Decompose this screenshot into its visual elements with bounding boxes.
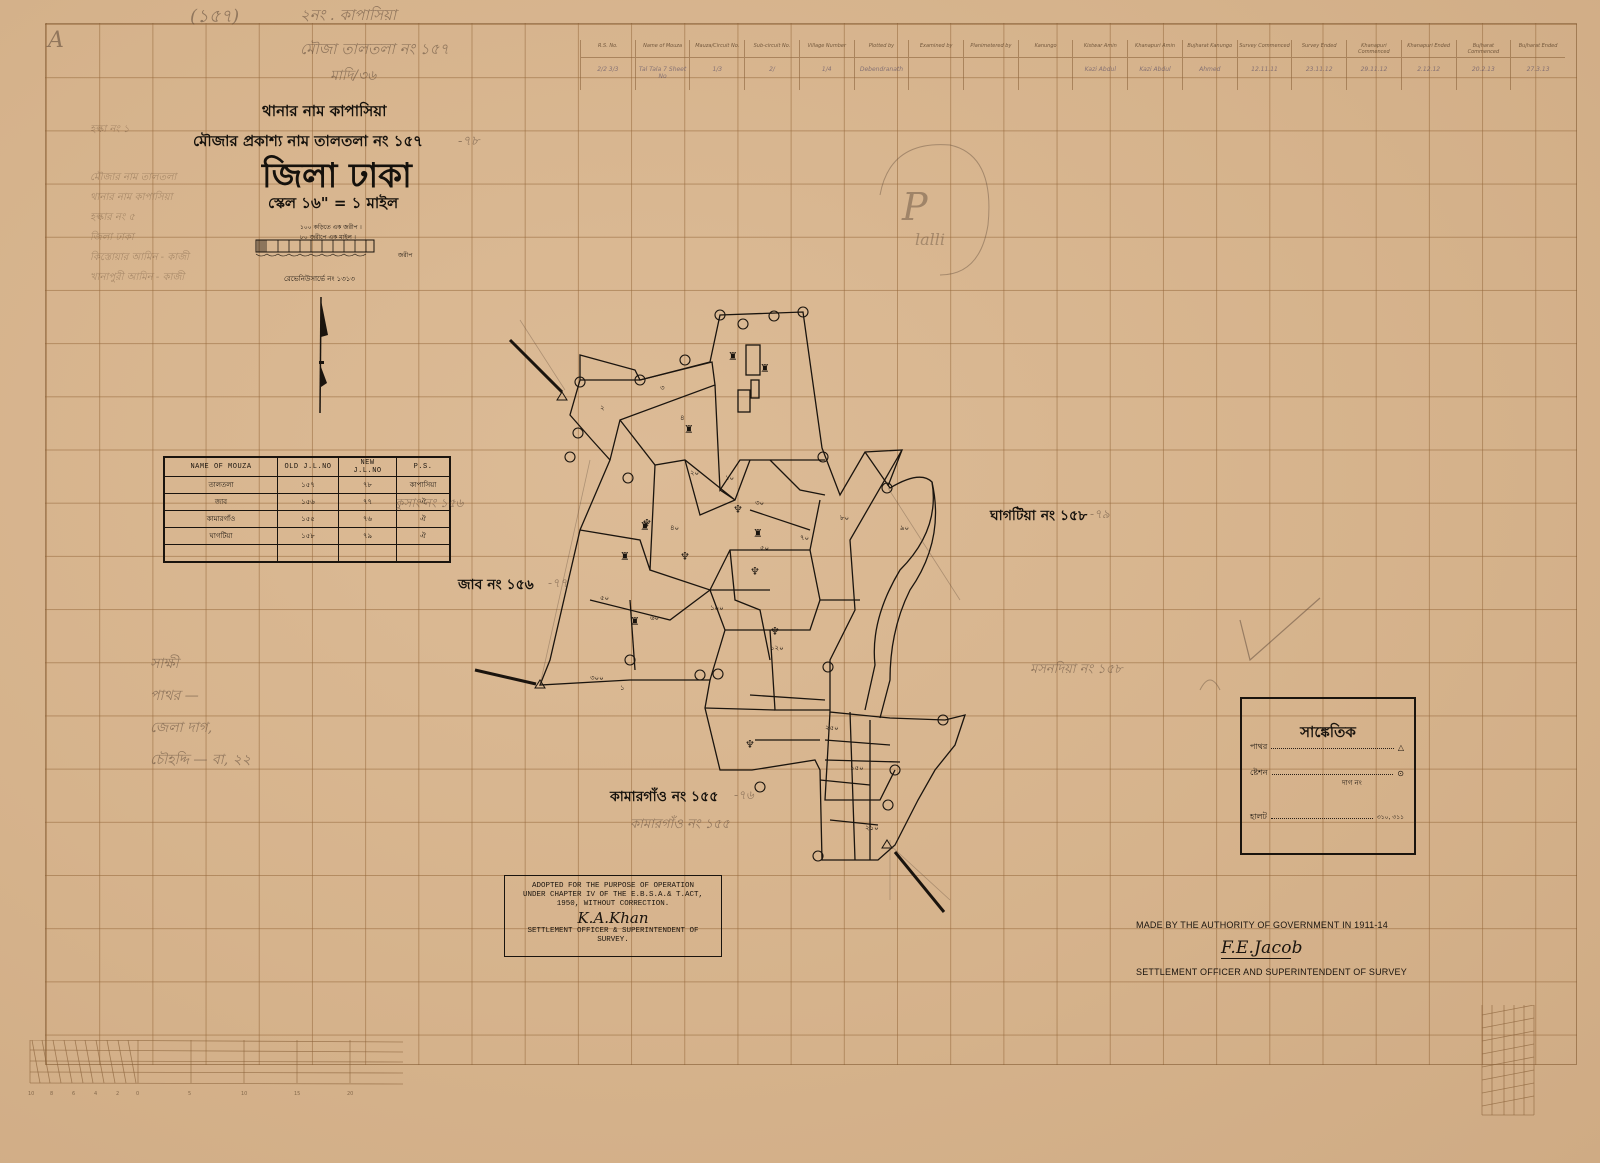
svg-text:♆: ♆ [642, 517, 652, 530]
pencil-note: চৌহদ্দি — বা, ২২ [150, 744, 251, 776]
svg-text:♜: ♜ [630, 615, 640, 628]
register-column: R.S. No.2/2 3/3 [580, 40, 635, 90]
old-jl-cell: ১৫৭ [278, 477, 339, 494]
legend-label: পাথর [1250, 741, 1267, 754]
legend-label: ষ্টেশন [1250, 767, 1268, 780]
svg-text:4: 4 [94, 1091, 97, 1097]
svg-text:৪: ৪ [680, 414, 685, 422]
svg-text:৩০: ৩০ [755, 499, 764, 507]
column-header: OLD J.L.NO [278, 457, 339, 477]
handwritten-line-1: ২নং . কাপাসিয়া [300, 4, 396, 29]
svg-text:১০০: ১০০ [710, 604, 724, 612]
register-value: 2.12.12 [1402, 58, 1456, 73]
register-column: Khanapuri Commenced29.11.12 [1346, 40, 1401, 90]
svg-text:♜: ♜ [753, 527, 763, 540]
register-value: Tal Tala 7 Sheet No [636, 58, 690, 80]
register-header: Planimetered by [964, 40, 1018, 58]
register-column: Examined by [908, 40, 963, 90]
mouza-name-cell: কামারগাঁও [164, 511, 278, 528]
register-column: Name of MouzaTal Tala 7 Sheet No [635, 40, 690, 90]
scale-bar-label: জরীপ [398, 250, 412, 261]
boundary-label-south: কামারগাঁও নং ১৫৫ [610, 785, 718, 809]
register-header: Sub-circuit No. [745, 40, 799, 58]
stamp-signature: K.A.Khan [505, 909, 721, 927]
sheet-number: (১৫৭) [190, 2, 239, 33]
pencil-note: মৌজার নাম তালতলা [90, 168, 189, 188]
legend-sublabel: দাগ নং [1342, 777, 1362, 789]
register-column: Plotted byDebendranath [854, 40, 909, 90]
register-header: Kistwar Amin [1073, 40, 1127, 58]
svg-text:♜: ♜ [728, 350, 738, 363]
legend-value: ৩১০, ৩১১ [1377, 812, 1404, 823]
register-value: 12.11.11 [1238, 58, 1292, 73]
register-header: Kanungo [1019, 40, 1073, 58]
svg-text:P: P [901, 185, 929, 229]
register-header: Bujharat Kanungo [1183, 40, 1237, 58]
svg-text:8: 8 [50, 1091, 53, 1097]
diagonal-scale: 10864205101520 [28, 1040, 408, 1100]
register-header: Bujharat Ended [1511, 40, 1565, 58]
legend-row-halot: হালট ৩১০, ৩১১ [1250, 811, 1404, 824]
pencil-note: থানার নাম কাপাসিয়া [90, 188, 189, 208]
stamp-line: ADOPTED FOR THE PURPOSE OF OPERATION [505, 882, 721, 891]
svg-text:৫০: ৫০ [760, 544, 769, 552]
register-value: 1/3 [690, 58, 744, 73]
svg-text:♆: ♆ [750, 565, 760, 578]
svg-text:15: 15 [294, 1091, 300, 1097]
register-column: Survey Commenced12.11.11 [1237, 40, 1292, 90]
svg-text:2: 2 [116, 1091, 119, 1097]
svg-text:৩০০: ৩০০ [590, 674, 604, 682]
legend-box: সাঙ্কেতিক পাথর △ ষ্টেশন ⊙ দাগ নং হালট ৩১… [1240, 697, 1416, 855]
svg-text:২১০: ২১০ [865, 824, 879, 832]
svg-text:৪০: ৪০ [670, 524, 679, 532]
pencil-label-south: কামারগাঁও নং ১৫৫ [630, 815, 730, 836]
column-header: NEW J.L.NO [339, 457, 397, 477]
svg-text:♜: ♜ [760, 362, 770, 375]
svg-text:♆: ♆ [770, 625, 780, 638]
handwritten-line-2: মৌজা তালতলা নং ১৫৭ [300, 38, 449, 63]
scale-bar [252, 236, 412, 266]
scale-text: স্কেল ১৬" = ১ মাইল [268, 192, 398, 217]
boundary-label-west: জাব নং ১৫৬ [458, 573, 534, 597]
register-header: Khanapuri Ended [1402, 40, 1456, 58]
svg-text:৭০: ৭০ [800, 534, 809, 542]
stamp-line: 1950, WITHOUT CORRECTION. [505, 900, 721, 909]
pencil-note: কিস্তোয়ার আমিন - কাজী [90, 248, 189, 268]
register-column: Planimetered by [963, 40, 1018, 90]
diagonal-scale-right [1480, 1005, 1540, 1125]
register-value: 2/ [745, 58, 799, 73]
svg-text:১০: ১০ [725, 474, 734, 482]
svg-text:♜: ♜ [620, 550, 630, 563]
old-jl-cell: ১৫৮ [278, 528, 339, 545]
register-value: Kazi Abdul [1128, 58, 1182, 73]
register-header: R.S. No. [581, 40, 635, 58]
register-header: Mauza/Circuit No. [690, 40, 744, 58]
register-header: Plotted by [855, 40, 909, 58]
mouza-name-cell: ঘাগটিয়া [164, 528, 278, 545]
register-value: Kazi Abdul [1073, 58, 1127, 73]
new-jl-cell: ৭৬ [339, 511, 397, 528]
register-value: 1/4 [800, 58, 854, 73]
ps-cell: ঐ [397, 528, 451, 545]
stamp-line: UNDER CHAPTER IV OF THE E.B.S.A.& T.ACT, [505, 891, 721, 900]
svg-text:♆: ♆ [745, 738, 755, 751]
register-value: Ahmed [1183, 58, 1237, 73]
register-header: Khanapuri Commenced [1347, 40, 1401, 58]
ps-cell: কাপাসিয়া [397, 477, 451, 494]
register-column: Khanapuri AminKazi Abdul [1127, 40, 1182, 90]
register-value [909, 58, 963, 66]
svg-text:20: 20 [347, 1091, 353, 1097]
authority-signature: F.E.Jacob [1221, 938, 1291, 959]
svg-text:♆: ♆ [680, 550, 690, 563]
pencil-sketch: P lalli [860, 135, 1000, 285]
thana-name: থানার নাম কাপাসিয়া [262, 100, 386, 125]
table-row: তালতলা১৫৭৭৮কাপাসিয়া [164, 477, 450, 494]
boundary-suffix-east: -৭৯ [1090, 506, 1110, 526]
pencil-note: পাথর — [150, 680, 251, 712]
legend-row-pillar: পাথর △ [1250, 741, 1404, 754]
svg-text:♜: ♜ [684, 423, 694, 436]
register-strip: R.S. No.2/2 3/3Name of MouzaTal Tala 7 S… [580, 40, 1565, 90]
pencil-check-mark [1180, 590, 1330, 710]
svg-text:৩: ৩ [660, 384, 665, 392]
legend-label: হালট [1250, 811, 1267, 824]
adoption-stamp: ADOPTED FOR THE PURPOSE OF OPERATION UND… [504, 875, 722, 957]
svg-text:১: ১ [620, 684, 625, 692]
svg-text:৫০: ৫০ [600, 594, 609, 602]
corner-mark: A [48, 28, 64, 53]
register-value [964, 58, 1018, 66]
svg-text:২৫০: ২৫০ [825, 724, 839, 732]
authority-line: MADE BY THE AUTHORITY OF GOVERNMENT IN 1… [1136, 920, 1407, 930]
svg-text:১২০: ১২০ [770, 644, 784, 652]
new-jl-cell: ৭৮ [339, 477, 397, 494]
register-column: Village Number1/4 [799, 40, 854, 90]
mouza-name-cell: তালতলা [164, 477, 278, 494]
register-header: Name of Mouza [636, 40, 690, 58]
new-jl-cell: ৭৭ [339, 494, 397, 511]
svg-text:১৫০: ১৫০ [850, 764, 864, 772]
register-value: 29.11.12 [1347, 58, 1401, 73]
svg-text:২: ২ [600, 404, 605, 412]
mouza-name-cell: জাব [164, 494, 278, 511]
svg-text:10: 10 [241, 1091, 247, 1097]
svg-text:5: 5 [188, 1091, 191, 1097]
boundary-suffix-south: -৭৬ [734, 787, 754, 807]
pencil-note: হল্কার নং ৫ [90, 208, 189, 228]
register-value: Debendranath [855, 58, 909, 73]
north-arrow-icon [310, 295, 335, 415]
authority-block: MADE BY THE AUTHORITY OF GOVERNMENT IN 1… [1136, 920, 1407, 977]
register-column: Sub-circuit No.2/ [744, 40, 799, 90]
register-header: Survey Ended [1292, 40, 1346, 58]
pencil-note: জেলা দাগ, [150, 712, 251, 744]
authority-line: SETTLEMENT OFFICER AND SUPERINTENDENT OF… [1136, 967, 1407, 977]
column-header: P.S. [397, 457, 451, 477]
mouza-suffix: -৭৮ [458, 132, 479, 153]
register-header: Khanapuri Amin [1128, 40, 1182, 58]
register-column: Survey Ended23.11.12 [1291, 40, 1346, 90]
register-column: Mauza/Circuit No.1/3 [689, 40, 744, 90]
register-value: 27.3.13 [1511, 58, 1565, 73]
circle-icon: ⊙ [1397, 769, 1404, 778]
register-header: Village Number [800, 40, 854, 58]
pencil-notes-lower: সাক্ষীপাথর —জেলা দাগ,চৌহদ্দি — বা, ২২ [150, 648, 251, 776]
svg-text:২০: ২০ [690, 469, 699, 477]
register-header: Examined by [909, 40, 963, 58]
map-sheet: A (১৫৭) ২নং . কাপাসিয়া মৌজা তালতলা নং ১… [0, 0, 1600, 1163]
register-column: Bujharat Ended27.3.13 [1510, 40, 1565, 90]
old-jl-cell: ১৫৫ [278, 511, 339, 528]
svg-text:0: 0 [136, 1091, 139, 1097]
svg-text:৯০: ৯০ [900, 524, 909, 532]
register-column: Bujharat Commenced20.2.13 [1456, 40, 1511, 90]
boundary-label-east: ঘাগটিয়া নং ১৫৮ [990, 504, 1087, 528]
pencil-note: জিলা ঢাকা [90, 228, 189, 248]
register-header: Bujharat Commenced [1457, 40, 1511, 58]
register-header: Survey Commenced [1238, 40, 1292, 58]
register-value [1019, 58, 1073, 66]
stamp-line: SETTLEMENT OFFICER & SUPERINTENDENT OF [505, 927, 721, 936]
table-row: ঘাগটিয়া১৫৮৭৯ঐ [164, 528, 450, 545]
register-value: 2/2 3/3 [581, 58, 635, 73]
svg-text:৬০: ৬০ [650, 614, 659, 622]
svg-text:♆: ♆ [733, 503, 743, 516]
stamp-line: SURVEY. [505, 936, 721, 945]
svg-text:৮০: ৮০ [840, 514, 849, 522]
legend-row-station: ষ্টেশন ⊙ [1250, 767, 1404, 780]
register-column: Khanapuri Ended2.12.12 [1401, 40, 1456, 90]
cadastral-map: ৪২৩ ২০১০৩০ ৪০৫০৬০ ৫০৭০৮০ ৯০১০০১২০ ১৫০২১০… [470, 300, 990, 930]
boundary-suffix-west: -৭৭ [548, 575, 568, 595]
svg-text:6: 6 [72, 1091, 75, 1097]
pencil-note: হল্কা নং ১ [90, 120, 189, 140]
handwritten-line-3: মাদি/৩৬ [330, 64, 376, 88]
register-column: Bujharat KanungoAhmed [1182, 40, 1237, 90]
new-jl-cell: ৭৯ [339, 528, 397, 545]
pencil-note: খানাপুরী আমিন - কাজী [90, 268, 189, 288]
register-value: 20.2.13 [1457, 58, 1511, 73]
table-pencil-note: কুসাং নং ১৫৬ [395, 495, 463, 515]
register-value: 23.11.12 [1292, 58, 1346, 73]
pencil-label-southeast: মসনদিয়া নং ১৫৮ [1030, 660, 1122, 681]
triangle-icon: △ [1398, 743, 1404, 752]
old-jl-cell: ১৫৬ [278, 494, 339, 511]
register-column: Kistwar AminKazi Abdul [1072, 40, 1127, 90]
column-header: NAME OF MOUZA [164, 457, 278, 477]
pencil-note: সাক্ষী [150, 648, 251, 680]
svg-text:10: 10 [28, 1091, 34, 1097]
left-pencil-notes: হল্কা নং ১মৌজার নাম তালতলাথানার নাম কাপা… [90, 120, 189, 288]
svg-text:lalli: lalli [915, 230, 945, 249]
register-column: Kanungo [1018, 40, 1073, 90]
revenue-survey-number: রেভেনিউসার্ভে নং ১৩১৩ [284, 273, 355, 285]
